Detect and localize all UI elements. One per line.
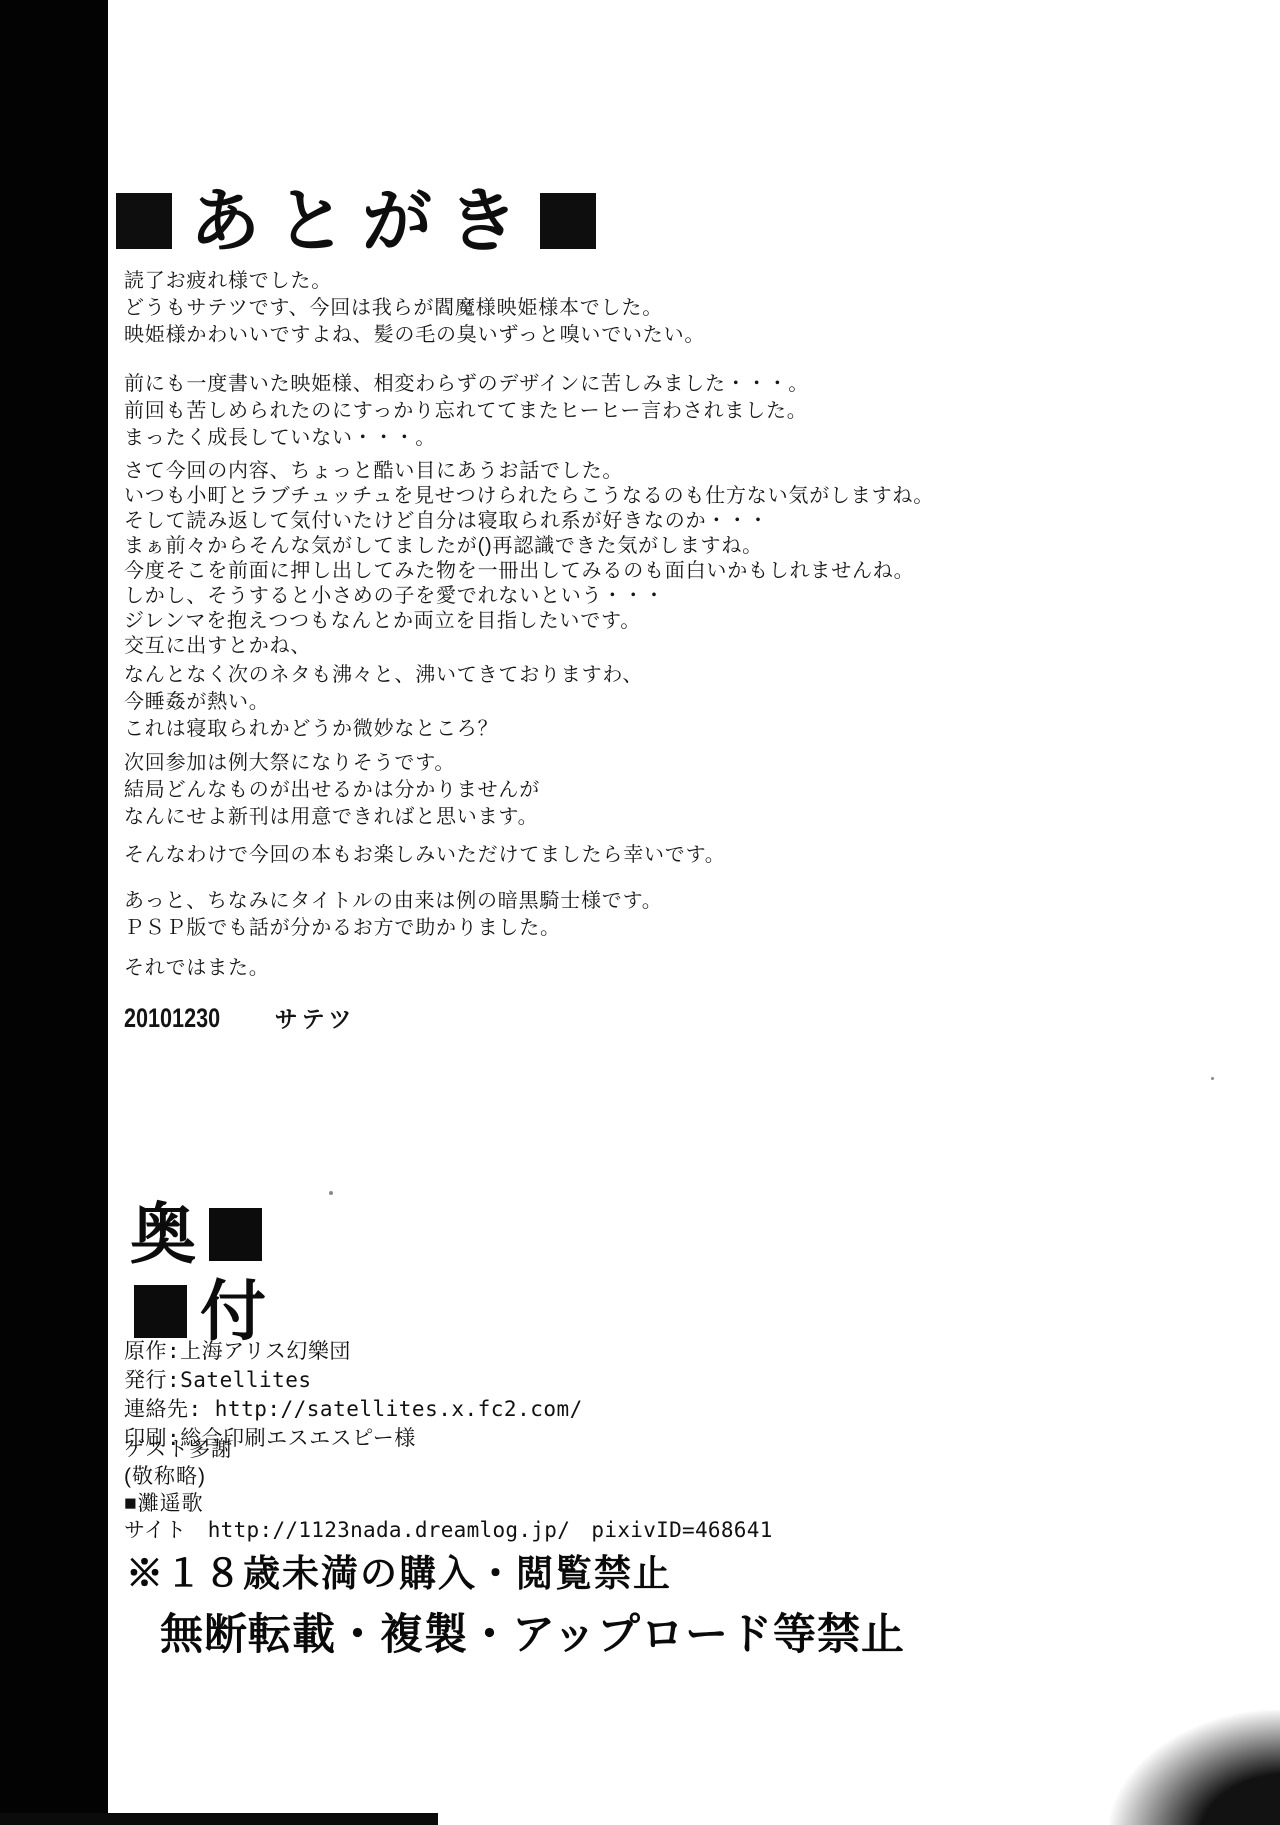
- text-line: 結局どんなものが出せるかは分かりませんが: [124, 777, 540, 804]
- age-warning: ※１８歳未満の購入・閲覧禁止 無断転載・複製・アップロード等禁止: [126, 1543, 905, 1662]
- scan-speck: [329, 1191, 333, 1195]
- text-line: 今睡姦が熱い。: [124, 689, 643, 716]
- text-line: しかし、そうすると小さめの子を愛でれないという・・・: [124, 584, 934, 609]
- black-square-icon: [209, 1208, 262, 1261]
- colophon-contact-url: 連絡先: http://satellites.x.fc2.com/: [124, 1395, 583, 1424]
- black-square-icon: [540, 193, 596, 249]
- text-line: それではまた。: [124, 955, 270, 982]
- paragraph: あっと、ちなみにタイトルの由来は例の暗黒騎士様です。 ＰＳＰ版でも話が分かるお方…: [124, 888, 663, 942]
- scan-bottom-edge: [0, 1813, 438, 1825]
- age-warning-line1: ※１８歳未満の購入・閲覧禁止: [126, 1543, 905, 1597]
- text-line: 交互に出すとかね、: [124, 634, 934, 659]
- text-line: 次回参加は例大祭になりそうです。: [124, 750, 540, 777]
- text-line: なんにせよ新刊は用意できればと思います。: [124, 804, 540, 831]
- colophon-original-work: 原作:上海アリス幻樂団: [124, 1337, 583, 1366]
- colophon-title: 奥 付: [130, 1198, 430, 1358]
- afterword-title-text: あとがき: [190, 186, 534, 256]
- text-line: ジレンマを抱えつつもなんとか両立を目指したいです。: [124, 609, 934, 634]
- scan-corner-shadow: [1110, 1710, 1280, 1825]
- black-square-icon: [134, 1285, 187, 1338]
- text-line: そして読み返して気付いたけど自分は寝取られ系が好きなのか・・・: [124, 509, 934, 534]
- text-line: これは寝取られかどうか微妙なところ？: [124, 716, 643, 743]
- text-line: 今度そこを前面に押し出してみた物を一冊出してみるのも面白いかもしれませんね。: [124, 559, 934, 584]
- guest-honorific-note: (敬称略): [124, 1463, 773, 1490]
- paragraph: さて今回の内容、ちょっと酷い目にあうお話でした。 いつも小町とラブチュッチュを見…: [124, 459, 934, 659]
- text-line: いつも小町とラブチュッチュを見せつけられたらこうなるのも仕方ない気がしますね。: [124, 484, 934, 509]
- colophon-title-row1: 奥: [130, 1198, 262, 1270]
- guest-thanks: ゲスト多謝: [124, 1436, 773, 1463]
- age-warning-line2: 無断転載・複製・アップロード等禁止: [160, 1601, 905, 1662]
- colophon-title-char: 付: [200, 1278, 266, 1344]
- paragraph: それではまた。: [124, 955, 270, 982]
- scan-speck: [1211, 1077, 1214, 1080]
- text-line: さて今回の内容、ちょっと酷い目にあうお話でした。: [124, 459, 934, 484]
- guest-credits: ゲスト多謝 (敬称略) ■灘遥歌 サイト http://1123nada.dre…: [124, 1436, 773, 1544]
- scan-left-border: [0, 0, 108, 1825]
- paragraph: 前にも一度書いた映姫様、相変わらずのデザインに苦しみました・・・。 前回も苦しめ…: [124, 371, 809, 452]
- text-line: なんとなく次のネタも沸々と、沸いてきておりますわ、: [124, 662, 643, 689]
- paragraph: 読了お疲れ様でした。 どうもサテツです、今回は我らが閻魔様映姫様本でした。 映姫…: [124, 268, 705, 349]
- paragraph: 次回参加は例大祭になりそうです。 結局どんなものが出せるかは分かりませんが なん…: [124, 750, 540, 831]
- afterword-title: あとがき: [116, 186, 596, 256]
- paragraph: そんなわけで今回の本もお楽しみいただけてましたら幸いです。: [124, 842, 726, 869]
- text-line: そんなわけで今回の本もお楽しみいただけてましたら幸いです。: [124, 842, 726, 869]
- black-square-icon: [116, 193, 172, 249]
- guest-site-line: サイト http://1123nada.dreamlog.jp/ pixivID…: [124, 1517, 773, 1544]
- guest-name: ■灘遥歌: [124, 1490, 773, 1517]
- paragraph: なんとなく次のネタも沸々と、沸いてきておりますわ、 今睡姦が熱い。 これは寝取ら…: [124, 662, 643, 743]
- text-line: 読了お疲れ様でした。: [124, 268, 705, 295]
- text-line: ＰＳＰ版でも話が分かるお方で助かりました。: [124, 915, 663, 942]
- text-line: 映姫様かわいいですよね、髪の毛の臭いずっと嗅いでいたい。: [124, 322, 705, 349]
- text-line: 前にも一度書いた映姫様、相変わらずのデザインに苦しみました・・・。: [124, 371, 809, 398]
- colophon-publisher: 発行:Satellites: [124, 1366, 583, 1395]
- text-line: まぁ前々からそんな気がしてましたが()再認識できた気がしますね。: [124, 534, 934, 559]
- signoff: 20101230 サテツ: [124, 1001, 355, 1034]
- colophon-title-char: 奥: [130, 1201, 196, 1267]
- text-line: どうもサテツです、今回は我らが閻魔様映姫様本でした。: [124, 295, 705, 322]
- text-line: 前回も苦しめられたのにすっかり忘れててまたヒーヒー言わされました。: [124, 398, 809, 425]
- text-line: まったく成長していない・・・。: [124, 425, 809, 452]
- text-line: あっと、ちなみにタイトルの由来は例の暗黒騎士様です。: [124, 888, 663, 915]
- signoff-author: サテツ: [275, 1006, 356, 1032]
- signoff-date: 20101230: [124, 1003, 220, 1034]
